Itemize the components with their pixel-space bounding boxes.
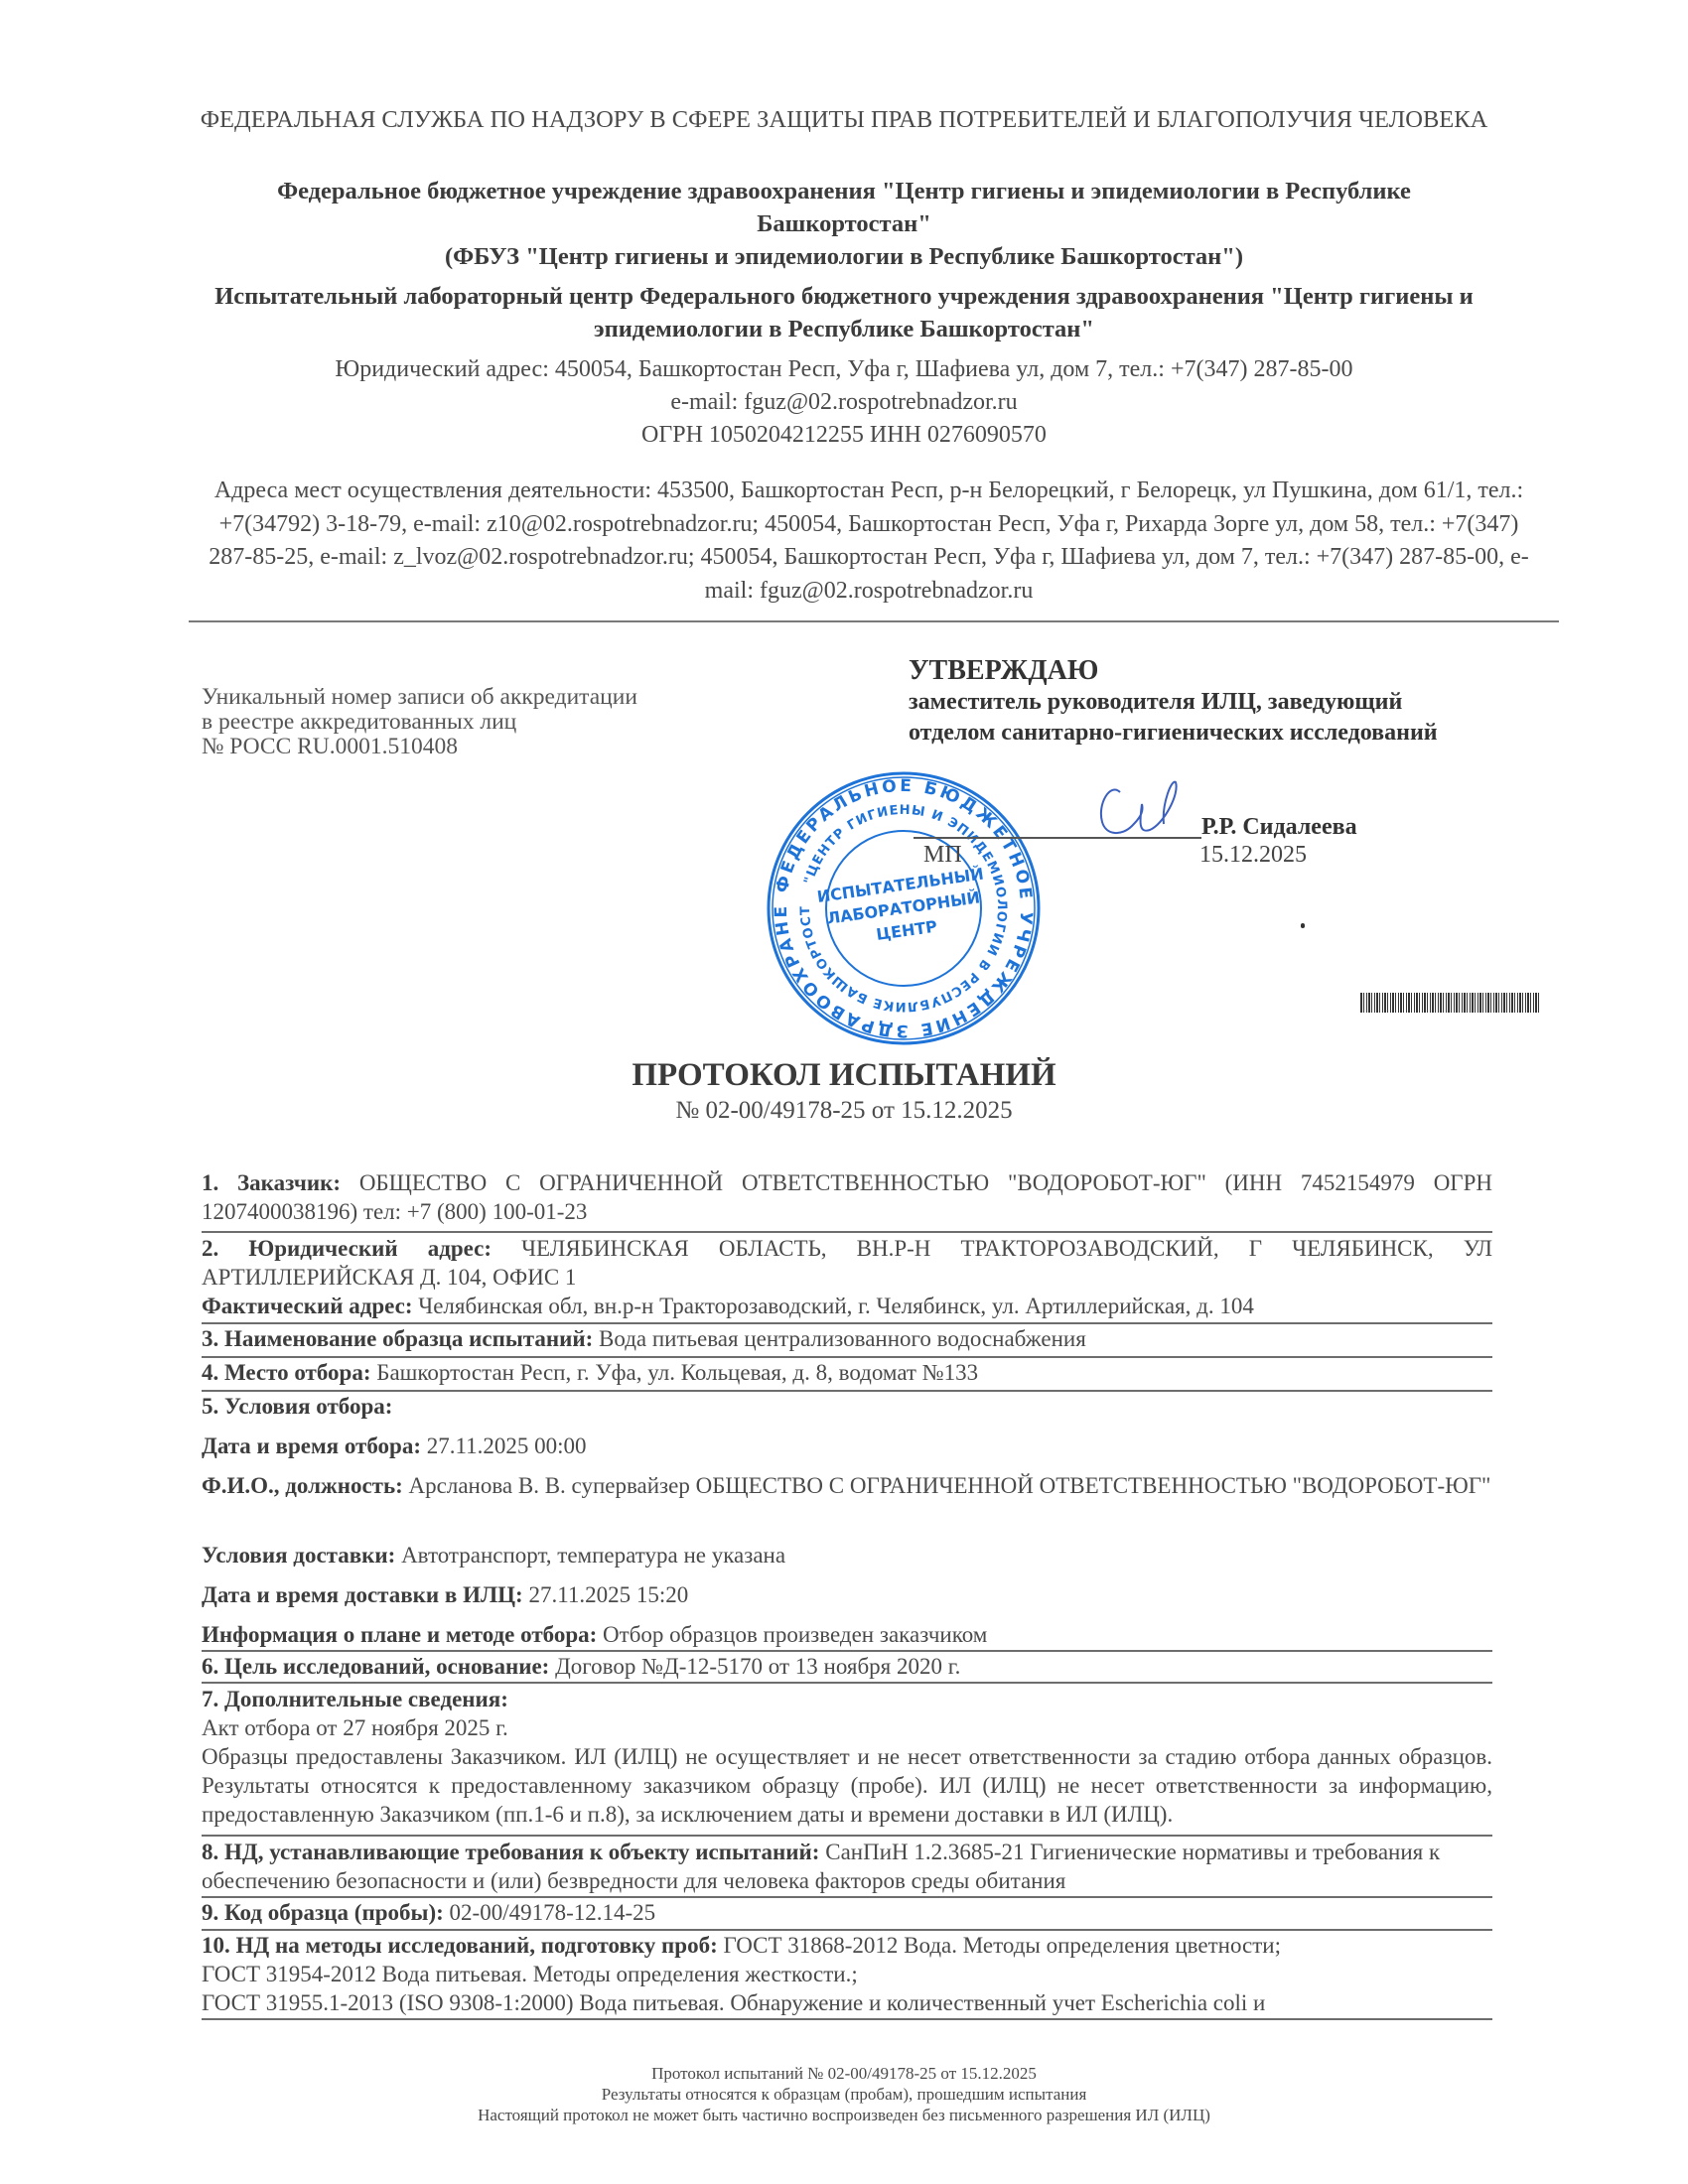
sampling-datetime: Дата и время отбора: 27.11.2025 00:00 xyxy=(202,1432,1492,1460)
sampling-plan-label: Информация о плане и методе отбора: xyxy=(202,1622,597,1647)
actual-address-label: Фактический адрес: xyxy=(202,1294,413,1318)
section-sample-code: 9. Код образца (пробы): 02-00/49178-12.1… xyxy=(202,1898,1492,1927)
divider xyxy=(202,1231,1492,1233)
approver-role-line-1: заместитель руководителя ИЛЦ, заведующий xyxy=(909,687,1524,718)
section-9-value: 02-00/49178-12.14-25 xyxy=(450,1900,656,1925)
section-9-label: 9. Код образца (пробы): xyxy=(202,1900,444,1925)
sampling-datetime-label: Дата и время отбора: xyxy=(202,1433,421,1458)
divider xyxy=(202,1835,1492,1837)
delivery-datetime-label: Дата и время доставки в ИЛЦ: xyxy=(202,1582,523,1607)
section-4-value: Башкортостан Респ, г. Уфа, ул. Кольцевая… xyxy=(376,1360,978,1385)
section-1-label: 1. Заказчик: xyxy=(202,1170,341,1195)
agency-name: ФЕДЕРАЛЬНАЯ СЛУЖБА ПО НАДЗОРУ В СФЕРЕ ЗА… xyxy=(199,103,1489,136)
footer-reproduction-note: Настоящий протокол не может быть частичн… xyxy=(348,2105,1340,2125)
legal-address: Юридический адрес: 450054, Башкортостан … xyxy=(199,353,1489,386)
section-actual-address: Фактический адрес: Челябинская обл, вн.р… xyxy=(202,1292,1492,1320)
barcode-icon xyxy=(1360,993,1539,1013)
method-1: ГОСТ 31868-2012 Вода. Методы определения… xyxy=(724,1933,1282,1958)
activity-sites: Адреса мест осуществления деятельности: … xyxy=(204,475,1534,608)
page-footer: Протокол испытаний № 02-00/49178-25 от 1… xyxy=(348,2063,1340,2125)
footer-protocol-ref: Протокол испытаний № 02-00/49178-25 от 1… xyxy=(348,2063,1340,2084)
footer-results-note: Результаты относятся к образцам (пробам)… xyxy=(348,2084,1340,2105)
seal-placeholder-label: МП xyxy=(923,842,962,869)
header-divider xyxy=(189,620,1559,622)
section-8-label: 8. НД, устанавливающие требования к объе… xyxy=(202,1840,819,1864)
divider xyxy=(202,2018,1492,2020)
section-additional-info: 7. Дополнительные сведения: Акт отбора о… xyxy=(202,1685,1492,1829)
handwritten-signature-icon xyxy=(1092,774,1201,844)
section-10-label: 10. НД на методы исследований, подготовк… xyxy=(202,1933,718,1958)
protocol-title: ПРОТОКОЛ ИСПЫТАНИЙ xyxy=(496,1055,1192,1095)
institution-name: Федеральное бюджетное учреждение здравоо… xyxy=(199,175,1489,240)
approver-role-line-2: отделом санитарно-гигиенических исследов… xyxy=(909,718,1524,749)
actual-address-value: Челябинская обл, вн.р-н Тракторозаводски… xyxy=(418,1294,1254,1318)
section-requirements: 8. НД, устанавливающие требования к объе… xyxy=(202,1838,1492,1895)
section-sampling-conditions: 5. Условия отбора: xyxy=(202,1392,1492,1421)
lab-center-name: Испытательный лабораторный центр Федерал… xyxy=(199,280,1489,345)
sampler-person-value: Арсланова В. В. супервайзер ОБЩЕСТВО С О… xyxy=(409,1473,1491,1498)
sampler-person-label: Ф.И.О., должность: xyxy=(202,1473,403,1498)
ogrn-inn: ОГРН 1050204212255 ИНН 0276090570 xyxy=(199,419,1489,452)
approval-block: УТВЕРЖДАЮ заместитель руководителя ИЛЦ, … xyxy=(909,655,1524,749)
section-1-value: ОБЩЕСТВО С ОГРАНИЧЕННОЙ ОТВЕТСТВЕННОСТЬЮ… xyxy=(202,1170,1492,1224)
sampling-act: Акт отбора от 27 ноября 2025 г. xyxy=(202,1713,1492,1742)
institution-abbreviation: (ФБУЗ "Центр гигиены и эпидемиологии в Р… xyxy=(199,240,1489,273)
delivery-conditions-label: Условия доставки: xyxy=(202,1543,395,1568)
delivery-datetime-value: 27.11.2025 15:20 xyxy=(528,1582,688,1607)
section-5-label: 5. Условия отбора: xyxy=(202,1394,392,1419)
section-3-value: Вода питьевая централизованного водоснаб… xyxy=(599,1326,1086,1351)
sampling-plan-value: Отбор образцов произведен заказчиком xyxy=(603,1622,987,1647)
delivery-conditions: Условия доставки: Автотранспорт, темпера… xyxy=(202,1541,1492,1570)
contact-block: Юридический адрес: 450054, Башкортостан … xyxy=(199,353,1489,452)
delivery-datetime: Дата и время доставки в ИЛЦ: 27.11.2025 … xyxy=(202,1580,1492,1609)
sampling-datetime-value: 27.11.2025 00:00 xyxy=(427,1433,587,1458)
approval-title: УТВЕРЖДАЮ xyxy=(909,655,1524,687)
section-2-label: 2. Юридический адрес: xyxy=(202,1236,492,1261)
divider xyxy=(202,1682,1492,1684)
section-3-label: 3. Наименование образца испытаний: xyxy=(202,1326,593,1351)
accreditation-line-2: в реестре аккредитованных лиц xyxy=(202,710,758,735)
section-sampling-place: 4. Место отбора: Башкортостан Респ, г. У… xyxy=(202,1358,1492,1387)
delivery-conditions-value: Автотранспорт, температура не указана xyxy=(401,1543,785,1568)
method-2: ГОСТ 31954-2012 Вода питьевая. Методы оп… xyxy=(202,1960,1492,1988)
section-6-label: 6. Цель исследований, основание: xyxy=(202,1654,549,1679)
accreditation-block: Уникальный номер записи об аккредитации … xyxy=(202,685,758,759)
section-sample-name: 3. Наименование образца испытаний: Вода … xyxy=(202,1324,1492,1353)
accreditation-number: № РОСС RU.0001.510408 xyxy=(202,735,758,759)
accreditation-line-1: Уникальный номер записи об аккредитации xyxy=(202,685,758,710)
seal-stamp-icon: ФЕДЕРАЛЬНОЕ БЮДЖЕТНОЕ УЧРЕЖДЕНИЕ ЗДРАВОО… xyxy=(765,769,1043,1047)
ink-dot xyxy=(1301,923,1305,928)
section-4-label: 4. Место отбора: xyxy=(202,1360,371,1385)
stamp-center-line-3: ЦЕНТР xyxy=(875,917,938,944)
method-3: ГОСТ 31955.1-2013 (ISO 9308-1:2000) Вода… xyxy=(202,1988,1492,2017)
disclaimer-text: Образцы предоставлены Заказчиком. ИЛ (ИЛ… xyxy=(202,1742,1492,1829)
section-legal-address: 2. Юридический адрес: ЧЕЛЯБИНСКАЯ ОБЛАСТ… xyxy=(202,1234,1492,1292)
sampling-plan-info: Информация о плане и методе отбора: Отбо… xyxy=(202,1620,1492,1649)
section-6-value: Договор №Д-12-5170 от 13 ноября 2020 г. xyxy=(555,1654,960,1679)
sampler-person: Ф.И.О., должность: Арсланова В. В. супер… xyxy=(202,1471,1492,1500)
section-customer: 1. Заказчик: ОБЩЕСТВО С ОГРАНИЧЕННОЙ ОТВ… xyxy=(202,1168,1492,1226)
section-methods: 10. НД на методы исследований, подготовк… xyxy=(202,1931,1492,2017)
protocol-number: № 02-00/49178-25 от 15.12.2025 xyxy=(496,1096,1192,1126)
section-7-label: 7. Дополнительные сведения: xyxy=(202,1687,508,1711)
signer-name: Р.Р. Сидалеева xyxy=(1201,814,1357,841)
email: e-mail: fguz@02.rospotrebnadzor.ru xyxy=(199,386,1489,419)
section-purpose: 6. Цель исследований, основание: Договор… xyxy=(202,1652,1492,1681)
approval-date: 15.12.2025 xyxy=(1199,842,1307,869)
